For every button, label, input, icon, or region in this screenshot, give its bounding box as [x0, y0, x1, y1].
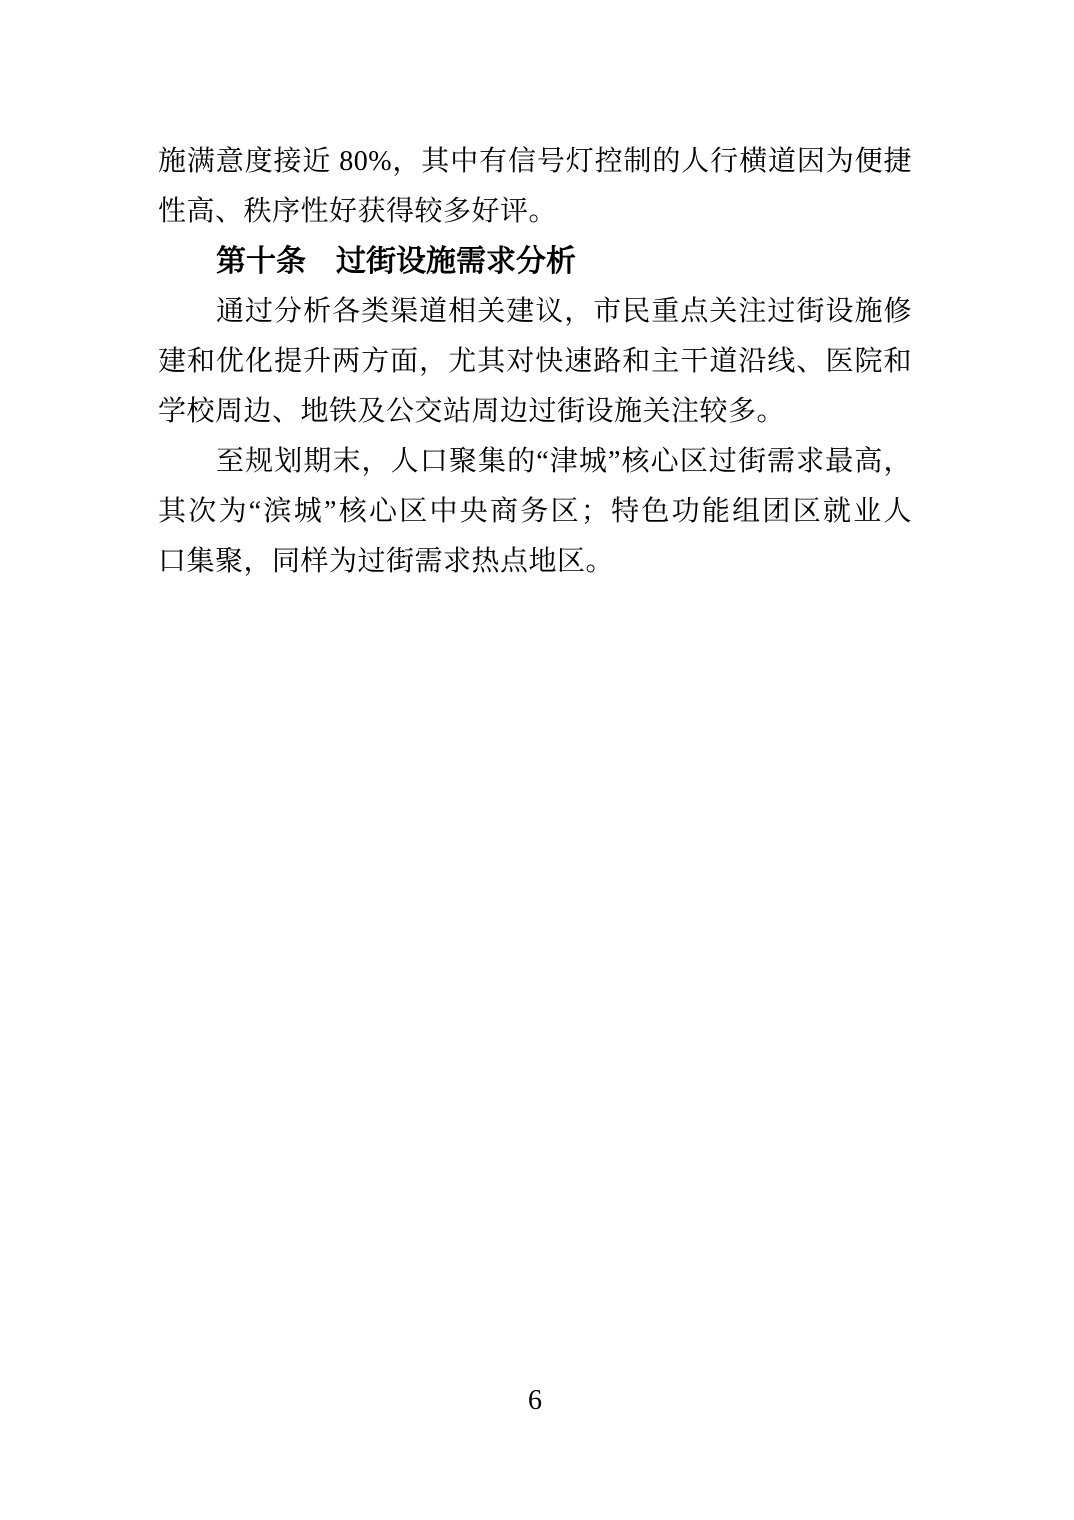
- document-page: 施满意度接近 80%，其中有信号灯控制的人行横道因为便捷 性高、秩序性好获得较多…: [0, 0, 1074, 1520]
- paragraph-line: 性高、秩序性好获得较多好评。: [158, 187, 912, 237]
- paragraph-line: 口集聚，同样为过街需求热点地区。: [158, 537, 912, 587]
- section-heading: 第十条 过街设施需求分析: [158, 237, 912, 287]
- paragraph-line: 学校周边、地铁及公交站周边过街设施关注较多。: [158, 387, 912, 437]
- document-body: 施满意度接近 80%，其中有信号灯控制的人行横道因为便捷 性高、秩序性好获得较多…: [158, 137, 912, 587]
- paragraph-line: 通过分析各类渠道相关建议，市民重点关注过街设施修: [158, 287, 912, 337]
- paragraph-line: 至规划期末，人口聚集的“津城”核心区过街需求最高，: [158, 437, 912, 487]
- page-number: 6: [158, 1383, 912, 1419]
- paragraph-line: 其次为“滨城”核心区中央商务区；特色功能组团区就业人: [158, 487, 912, 537]
- paragraph-line: 建和优化提升两方面，尤其对快速路和主干道沿线、医院和: [158, 337, 912, 387]
- paragraph-line: 施满意度接近 80%，其中有信号灯控制的人行横道因为便捷: [158, 137, 912, 187]
